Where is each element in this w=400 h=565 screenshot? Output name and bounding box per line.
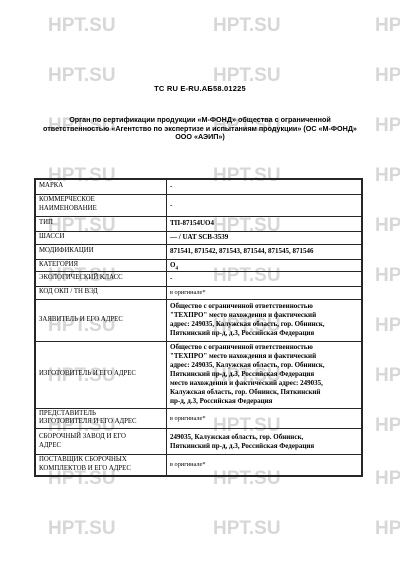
row-value: — / UAT SCB-3539 <box>167 231 363 244</box>
table-row: ЗАЯВИТЕЛЬ И ЕГО АДРЕСОбщество с ограниче… <box>35 299 362 341</box>
row-label: ТИП <box>35 216 167 231</box>
row-label: КОММЕРЧЕСКОЕ НАИМЕНОВАНИЕ <box>35 194 167 216</box>
row-label: СБОРОЧНЫЙ ЗАВОД И ЕГО АДРЕС <box>35 429 167 455</box>
table-row: КОД ОКП / ТН ВЭДв оригинале* <box>35 286 362 299</box>
row-label: ПОСТАВЩИК СБОРОЧНЫХ КОМПЛЕКТОВ И ЕГО АДР… <box>35 455 167 476</box>
row-label: ИЗГОТОВИТЕЛЬ И ЕГО АДРЕС <box>35 341 167 408</box>
certificate-number: ТС RU Е-RU.АБ58.01225 <box>0 84 400 93</box>
row-value: Общество с ограниченной ответственностью… <box>167 299 363 341</box>
cert-table-body: МАРКА-КОММЕРЧЕСКОЕ НАИМЕНОВАНИЕ-ТИПТП-87… <box>35 179 362 476</box>
document-content: ТС RU Е-RU.АБ58.01225 Орган по сертифика… <box>0 0 400 565</box>
row-label: ЭКОЛОГИЧЕСКИЙ КЛАСС <box>35 271 167 286</box>
table-row: ЭКОЛОГИЧЕСКИЙ КЛАСС- <box>35 271 362 286</box>
row-value: в оригинале* <box>167 408 363 429</box>
row-label: МОДИФИКАЦИИ <box>35 244 167 259</box>
row-value: в оригинале* <box>167 286 363 299</box>
row-value: Общество с ограниченной ответственностью… <box>167 341 363 408</box>
row-label: ПРЕДСТАВИТЕЛЬ ИЗГОТОВИТЕЛЯ И ЕГО АДРЕС <box>35 408 167 429</box>
row-value: О4 <box>167 259 363 271</box>
row-value: - <box>167 179 363 194</box>
row-label: КОД ОКП / ТН ВЭД <box>35 286 167 299</box>
table-row: МАРКА- <box>35 179 362 194</box>
table-row: ТИПТП-87154UО4 <box>35 216 362 231</box>
table-row: ШАССИ— / UAT SCB-3539 <box>35 231 362 244</box>
row-value: 871541, 871542, 871543, 871544, 871545, … <box>167 244 363 259</box>
row-value: 249035, Калужская область, гор. Обнинск,… <box>167 429 363 455</box>
certificate-table: МАРКА-КОММЕРЧЕСКОЕ НАИМЕНОВАНИЕ-ТИПТП-87… <box>34 178 363 477</box>
row-label: МАРКА <box>35 179 167 194</box>
row-label: КАТЕГОРИЯ <box>35 259 167 271</box>
row-value: - <box>167 194 363 216</box>
row-value: в оригинале* <box>167 455 363 476</box>
table-row: ПРЕДСТАВИТЕЛЬ ИЗГОТОВИТЕЛЯ И ЕГО АДРЕСв … <box>35 408 362 429</box>
table-row: КОММЕРЧЕСКОЕ НАИМЕНОВАНИЕ- <box>35 194 362 216</box>
table-row: СБОРОЧНЫЙ ЗАВОД И ЕГО АДРЕС249035, Калуж… <box>35 429 362 455</box>
row-value: ТП-87154UО4 <box>167 216 363 231</box>
certification-body-header: Орган по сертификации продукции «М-ФОНД»… <box>20 116 380 142</box>
category-subscript: 4 <box>175 266 178 271</box>
table-row: ПОСТАВЩИК СБОРОЧНЫХ КОМПЛЕКТОВ И ЕГО АДР… <box>35 455 362 476</box>
table-row: ИЗГОТОВИТЕЛЬ И ЕГО АДРЕСОбщество с огран… <box>35 341 362 408</box>
table-row: МОДИФИКАЦИИ871541, 871542, 871543, 87154… <box>35 244 362 259</box>
row-value: - <box>167 271 363 286</box>
table-row: КАТЕГОРИЯО4 <box>35 259 362 271</box>
certificate-page: { "watermark": { "text": "HPT.SU", "colo… <box>0 0 400 565</box>
row-label: ЗАЯВИТЕЛЬ И ЕГО АДРЕС <box>35 299 167 341</box>
row-label: ШАССИ <box>35 231 167 244</box>
